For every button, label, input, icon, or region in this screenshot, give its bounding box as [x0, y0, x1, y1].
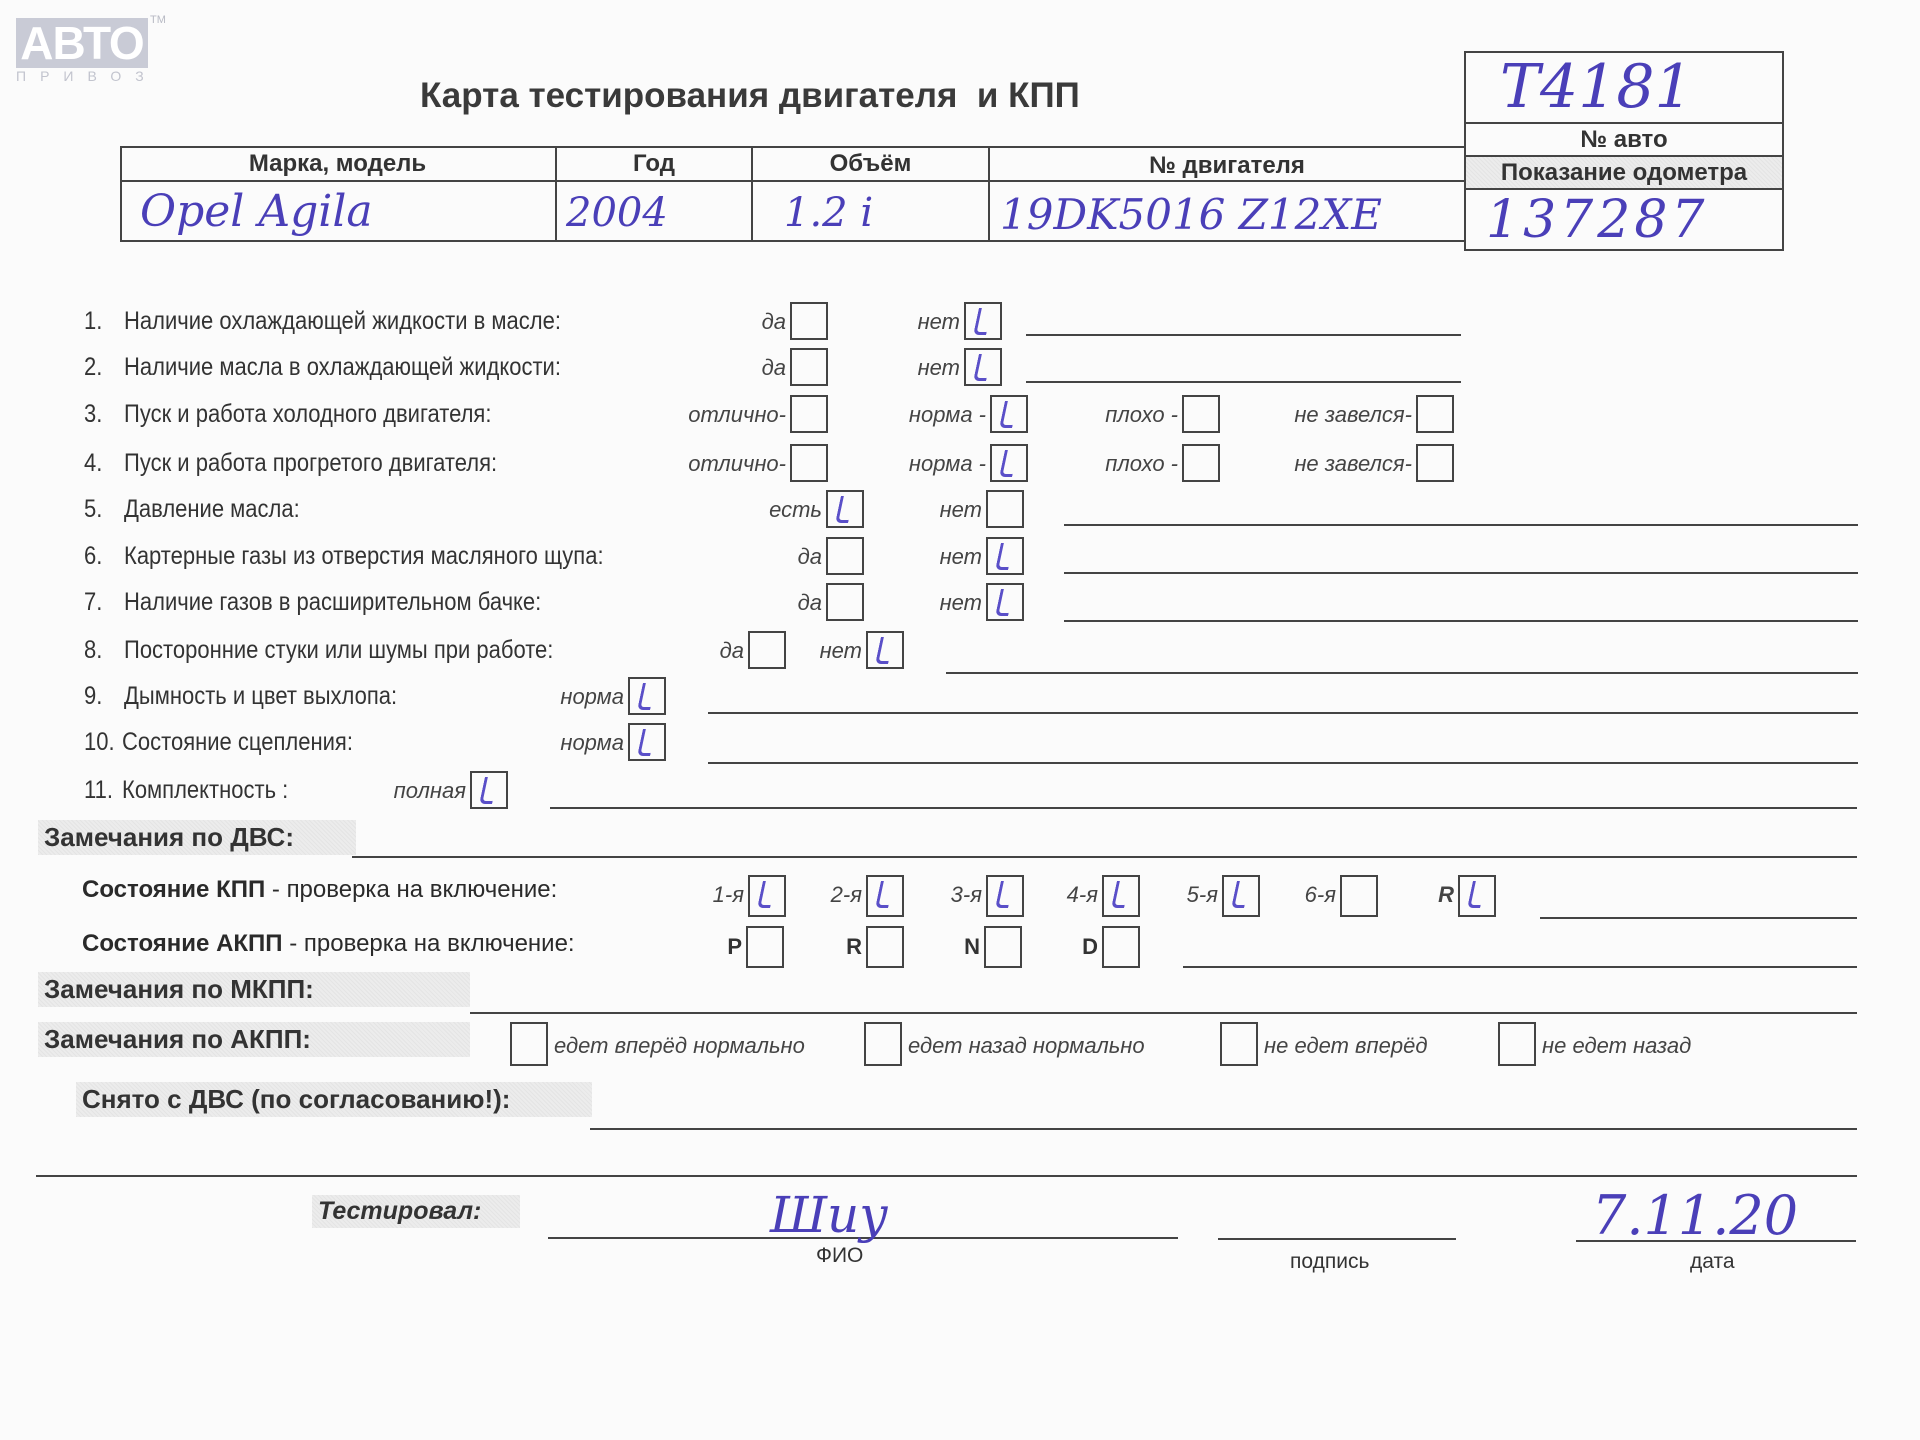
option-label: нет — [940, 544, 982, 570]
car-number-value[interactable]: T4181 — [1500, 52, 1693, 122]
option-label: отлично- — [688, 451, 786, 477]
auto-gearbox-label-bold: Состояние АКПП — [82, 930, 283, 957]
check-number: 2. — [84, 353, 102, 382]
checkbox[interactable] — [1416, 395, 1454, 433]
check-label: Дымность и цвет выхлопа: — [124, 682, 397, 711]
checkbox[interactable] — [986, 583, 1024, 621]
option-label: нет — [918, 309, 960, 335]
option-label: плохо - — [1105, 451, 1178, 477]
auto-remark-label: едет назад нормально — [908, 1033, 1145, 1059]
option-label: норма — [560, 684, 624, 710]
checkbox[interactable] — [986, 490, 1024, 528]
remarks-auto-label: Замечания по АКПП: — [38, 1022, 470, 1057]
checkbox[interactable] — [628, 723, 666, 761]
auto-gearbox-notes-input[interactable] — [1183, 966, 1857, 968]
notes-line-input[interactable] — [1026, 334, 1461, 336]
header-engine-number: № двигателя — [990, 150, 1464, 181]
gear-label: N — [964, 934, 980, 960]
option-label: да — [762, 355, 786, 381]
checkbox[interactable] — [990, 395, 1028, 433]
gear-label: 1-я — [713, 882, 744, 908]
checkbox[interactable] — [986, 537, 1024, 575]
gear-label: 6-я — [1305, 882, 1336, 908]
gear-checkbox[interactable] — [984, 926, 1022, 968]
notes-line-input[interactable] — [1026, 381, 1461, 383]
option-label: не завелся- — [1294, 451, 1412, 477]
auto-gearbox-label-rest: - проверка на включение: — [283, 930, 575, 957]
name-caption: ФИО — [816, 1244, 863, 1268]
checkbox[interactable] — [866, 631, 904, 669]
notes-line-input[interactable] — [708, 762, 1858, 764]
gear-checkbox[interactable] — [1458, 875, 1496, 917]
manual-gearbox-notes-input[interactable] — [1540, 917, 1857, 919]
manual-gearbox-label-bold: Состояние КПП — [82, 876, 265, 903]
check-number: 7. — [84, 588, 102, 617]
check-number: 11. — [84, 776, 113, 805]
signature-caption: подпись — [1290, 1250, 1369, 1274]
gear-label: 3-я — [951, 882, 982, 908]
option-label: нет — [940, 497, 982, 523]
gear-checkbox[interactable] — [748, 875, 786, 917]
tested-by-label: Тестировал: — [312, 1195, 520, 1228]
checkbox[interactable] — [1182, 395, 1220, 433]
gear-checkbox[interactable] — [866, 875, 904, 917]
option-label: да — [720, 638, 744, 664]
auto-remark-checkbox[interactable] — [864, 1022, 902, 1066]
option-label: нет — [918, 355, 960, 381]
checkbox[interactable] — [628, 677, 666, 715]
option-label: норма — [560, 730, 624, 756]
checkbox[interactable] — [790, 348, 828, 386]
year-value[interactable]: 2004 — [566, 190, 668, 236]
date-caption: дата — [1690, 1250, 1735, 1274]
checkbox[interactable] — [470, 771, 508, 809]
option-label: не завелся- — [1294, 402, 1412, 428]
checkbox[interactable] — [748, 631, 786, 669]
header-volume: Объём — [753, 148, 988, 179]
gear-checkbox[interactable] — [986, 875, 1024, 917]
header-make-model: Марка, модель — [120, 148, 555, 179]
manual-gearbox-label: Состояние КПП - проверка на включение: — [82, 876, 557, 904]
gear-label: R — [846, 934, 862, 960]
check-label: Картерные газы из отверстия масляного щу… — [124, 542, 604, 571]
trademark-mark: TM — [150, 14, 166, 26]
option-label: норма - — [909, 402, 986, 428]
gear-checkbox[interactable] — [866, 926, 904, 968]
notes-line-input[interactable] — [1064, 572, 1858, 574]
signature-input[interactable] — [1218, 1238, 1456, 1240]
gear-label: 4-я — [1067, 882, 1098, 908]
volume-value[interactable]: 1.2 i — [784, 190, 873, 236]
check-label: Наличие газов в расширительном бачке: — [124, 588, 541, 617]
car-number-label: № авто — [1464, 124, 1784, 155]
gear-checkbox[interactable] — [1222, 875, 1260, 917]
engine-number-value[interactable]: 19DK5016 Z12XE — [1000, 190, 1382, 239]
check-number: 5. — [84, 495, 102, 524]
check-label: Пуск и работа прогретого двигателя: — [124, 449, 497, 478]
gear-label: D — [1082, 934, 1098, 960]
check-number: 1. — [84, 307, 102, 336]
check-label: Комплектность : — [122, 776, 288, 805]
gear-label: 5-я — [1187, 882, 1218, 908]
auto-remark-label: едет вперёд нормально — [554, 1033, 805, 1059]
gear-checkbox[interactable] — [1102, 926, 1140, 968]
checkbox[interactable] — [1416, 444, 1454, 482]
gear-label: R — [1438, 882, 1454, 908]
brand-logo-subtitle: ПРИВОЗ — [16, 68, 158, 84]
check-label: Состояние сцепления: — [122, 728, 353, 757]
gear-checkbox[interactable] — [746, 926, 784, 968]
option-label: плохо - — [1105, 402, 1178, 428]
option-label: норма - — [909, 451, 986, 477]
gear-label: 2-я — [831, 882, 862, 908]
remarks-manual-label: Замечания по МКПП: — [38, 972, 470, 1007]
option-label: отлично- — [688, 402, 786, 428]
checkbox[interactable] — [1182, 444, 1220, 482]
option-label: есть — [769, 497, 822, 523]
odometer-value[interactable]: 137287 — [1486, 190, 1709, 250]
check-number: 10. — [84, 728, 115, 757]
remarks-engine-label: Замечания по ДВС: — [38, 820, 356, 855]
tester-name-value: Шиу — [770, 1186, 888, 1244]
date-value: 7.11.20 — [1592, 1184, 1798, 1247]
option-label: нет — [940, 590, 982, 616]
auto-remark-checkbox[interactable] — [1220, 1022, 1258, 1066]
notes-line-input[interactable] — [550, 807, 1857, 809]
check-number: 9. — [84, 682, 102, 711]
checkbox[interactable] — [790, 302, 828, 340]
manual-gearbox-label-rest: - проверка на включение: — [265, 876, 557, 903]
checkbox[interactable] — [826, 583, 864, 621]
auto-remark-label: не едет вперёд — [1264, 1033, 1428, 1059]
option-label: да — [762, 309, 786, 335]
page-title: Карта тестирования двигателя и КПП — [420, 76, 1080, 116]
brand-logo: АВТО — [16, 18, 148, 68]
gear-label: P — [727, 934, 742, 960]
check-number: 4. — [84, 449, 102, 478]
checkbox[interactable] — [964, 302, 1002, 340]
remarks-manual-input[interactable] — [470, 1012, 1857, 1014]
option-label: нет — [820, 638, 862, 664]
check-label: Давление масла: — [124, 495, 300, 524]
check-number: 8. — [84, 636, 102, 665]
auto-remark-checkbox[interactable] — [510, 1022, 548, 1066]
check-label: Наличие масла в охлаждающей жидкости: — [124, 353, 561, 382]
odometer-label: Показание одометра — [1466, 155, 1782, 190]
check-label: Наличие охлаждающей жидкости в масле: — [124, 307, 561, 336]
checkbox[interactable] — [826, 537, 864, 575]
auto-gearbox-label: Состояние АКПП - проверка на включение: — [82, 930, 575, 958]
make-model-value[interactable]: Opel Agila — [140, 186, 373, 237]
check-number: 3. — [84, 400, 102, 429]
header-year: Год — [557, 148, 751, 179]
check-label: Посторонние стуки или шумы при работе: — [124, 636, 553, 665]
removed-parts-label: Снято с ДВС (по согласованию!): — [76, 1082, 592, 1117]
auto-remark-label: не едет назад — [1542, 1033, 1691, 1059]
gear-checkbox[interactable] — [1102, 875, 1140, 917]
removed-parts-input[interactable] — [590, 1128, 1857, 1130]
auto-remark-checkbox[interactable] — [1498, 1022, 1536, 1066]
checkbox[interactable] — [790, 444, 828, 482]
checkbox[interactable] — [964, 348, 1002, 386]
notes-line-input[interactable] — [1064, 524, 1858, 526]
option-label: да — [798, 590, 822, 616]
checkbox[interactable] — [790, 395, 828, 433]
remarks-engine-input[interactable] — [352, 856, 1857, 858]
gear-checkbox[interactable] — [1340, 875, 1378, 917]
checkbox[interactable] — [826, 490, 864, 528]
check-number: 6. — [84, 542, 102, 571]
option-label: полная — [394, 778, 466, 804]
check-label: Пуск и работа холодного двигателя: — [124, 400, 491, 429]
notes-line-input[interactable] — [946, 672, 1858, 674]
removed-parts-input-2[interactable] — [36, 1175, 1857, 1177]
checkbox[interactable] — [990, 444, 1028, 482]
notes-line-input[interactable] — [1064, 620, 1858, 622]
notes-line-input[interactable] — [708, 712, 1858, 714]
option-label: да — [798, 544, 822, 570]
